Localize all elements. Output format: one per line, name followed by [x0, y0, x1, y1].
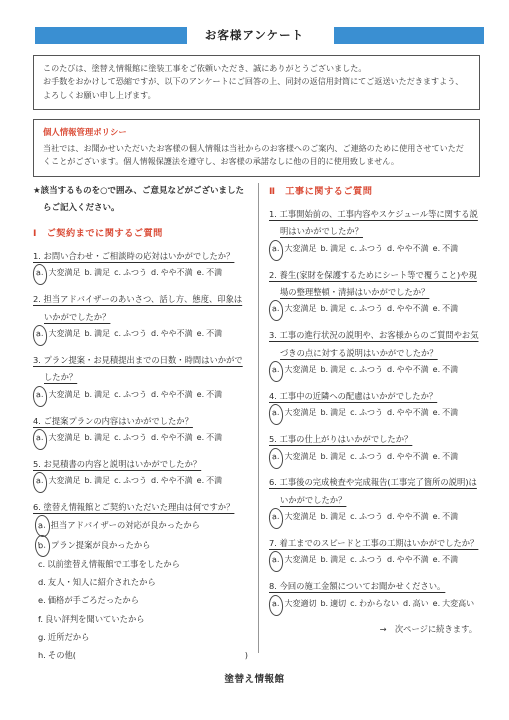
option-key: c.	[114, 390, 121, 399]
question-block: 1. 工事開始前の、工事内容やスケジュール等に関する説明はいかがでしたか？a.大…	[269, 206, 483, 259]
option-label: ふつう	[359, 555, 383, 564]
intro-line-1: このたびは、塗替え情報館に塗装工事をご依頼いただき、誠にありがとうございました。	[43, 62, 470, 75]
option-key: g.	[38, 632, 46, 642]
right-column: Ⅱ 工事に関するご質問 1. 工事開始前の、工事内容やスケジュール等に関する説明…	[258, 183, 483, 672]
option-label: 大変満足	[284, 365, 316, 374]
option-label: 満足	[94, 433, 110, 442]
answer-option: a.大変満足	[272, 552, 316, 570]
option-label: ふつう	[359, 365, 383, 374]
option-label: 不満	[442, 512, 458, 521]
answer-option: e.不満	[197, 473, 222, 490]
option-label: 不満	[206, 476, 222, 485]
option-key: f.	[38, 614, 43, 624]
question-block: 2. 担当アドバイザーのあいさつ、話し方、態度、印象はいかがでしたか？a.大変満…	[33, 291, 248, 344]
question-title: 6. 塗替え情報館とご契約いただいた理由は何ですか？	[33, 499, 248, 516]
option-label: 満足	[94, 476, 110, 485]
option-row: a.大変満足b.満足c.ふつうd.やや不満e.不満	[269, 362, 483, 380]
option-label: 不満	[206, 433, 222, 442]
option-tail: )	[245, 646, 248, 664]
option-key: b.	[84, 476, 92, 485]
option-label: 満足	[330, 244, 346, 253]
answer-option: a.大変満足	[272, 301, 316, 319]
option-label: 大変満足	[48, 433, 80, 442]
instruction-note: ★該当するものを○で囲み、ご意見などがございましたらご記入ください。	[33, 183, 248, 217]
answer-option: e.価格が手ごろだったから	[38, 591, 248, 609]
answer-option: b.満足	[320, 405, 346, 422]
intro-line-2: お手数をおかけして恐縮ですが、以下のアンケートにご回答の上、同封の返信用封筒にて…	[43, 75, 470, 102]
question-block: 1. お問い合わせ・ご相談時の応対はいかがでしたか？a.大変満足b.満足c.ふつ…	[33, 248, 248, 283]
answer-option: f.良い評判を聞いていたから	[38, 610, 248, 628]
option-key: b.	[320, 452, 328, 461]
option-row: a.大変満足b.満足c.ふつうd.やや不満e.不満	[269, 241, 483, 259]
option-key: d.	[387, 304, 395, 313]
option-key: c.	[350, 365, 357, 374]
answer-option: b.満足	[320, 241, 346, 258]
footer-brand: 塗替え情報館	[0, 671, 509, 685]
option-label: わからない	[359, 599, 399, 608]
option-label: やや不満	[161, 268, 193, 277]
answer-option: e.不満	[433, 449, 458, 466]
option-row: a.大変満足b.満足c.ふつうd.やや不満e.不満	[33, 265, 248, 283]
option-label: ふつう	[123, 268, 147, 277]
option-key: c.	[350, 304, 357, 313]
answer-option: b.満足	[320, 449, 346, 466]
answer-option: c.ふつう	[114, 265, 147, 282]
option-label: 大変満足	[48, 268, 80, 277]
option-label: 満足	[330, 304, 346, 313]
option-key: c.	[350, 555, 357, 564]
option-key: b.	[320, 365, 328, 374]
option-key: d.	[387, 244, 395, 253]
option-label: 大変満足	[284, 408, 316, 417]
answer-option: c.ふつう	[114, 473, 147, 490]
option-row: a.大変満足b.満足c.ふつうd.やや不満e.不満	[33, 387, 248, 405]
answer-option: b.満足	[84, 430, 110, 447]
answer-option: e.不満	[197, 387, 222, 404]
option-key: b.	[320, 244, 328, 253]
answer-option: c.ふつう	[350, 241, 383, 258]
option-label: 担当アドバイザーの対応が良かったから	[51, 520, 200, 530]
continue-note: → 次ページに続きます。	[269, 623, 483, 635]
option-list: a.担当アドバイザーの対応が良かったからb.プラン提案が良かったからc.以前塗替…	[33, 516, 248, 664]
question-block: 2. 養生(家財を保護するためにシート等で覆うこと)や現場の整理整頓・清掃はいか…	[269, 267, 483, 320]
answer-option: b.満足	[320, 509, 346, 526]
option-row: a.大変満足b.満足c.ふつうd.やや不満e.不満	[33, 326, 248, 344]
option-label: やや不満	[397, 244, 429, 253]
option-label: 不満	[206, 268, 222, 277]
answer-option: d.やや不満	[151, 265, 193, 282]
option-key: c.	[350, 244, 357, 253]
answer-option: d.やや不満	[151, 326, 193, 343]
question-title: 5. お見積書の内容と説明はいかがでしたか？	[33, 456, 248, 473]
option-key: e.	[433, 555, 440, 564]
option-key: e.	[433, 304, 440, 313]
option-label: ふつう	[359, 512, 383, 521]
header-accent-bar-right	[334, 27, 484, 44]
answer-option: e.不満	[433, 509, 458, 526]
option-label: ふつう	[123, 329, 147, 338]
answer-option: e.不満	[197, 326, 222, 343]
option-label: ふつう	[123, 433, 147, 442]
option-label: 近所だから	[48, 632, 90, 642]
answer-option: b.満足	[84, 265, 110, 282]
question-block: 4. ご提案プランの内容はいかがでしたか？a.大変満足b.満足c.ふつうd.やや…	[33, 413, 248, 448]
option-label: やや不満	[397, 304, 429, 313]
option-label: プラン提案が良かったから	[51, 540, 151, 550]
option-key: e.	[38, 595, 46, 605]
option-key: e.	[433, 408, 440, 417]
option-key: d.	[151, 329, 159, 338]
question-block: 5. 工事の仕上がりはいかがでしたか？a.大変満足b.満足c.ふつうd.やや不満…	[269, 431, 483, 466]
privacy-policy-heading: 個人情報管理ポリシー	[43, 126, 470, 140]
answer-option: d.高い	[403, 596, 429, 613]
option-label: 大変満足	[284, 244, 316, 253]
question-title: 4. 工事中の近隣への配慮はいかがでしたか？	[269, 388, 483, 405]
answer-option: a.大変満足	[272, 509, 316, 527]
answer-option: c.ふつう	[350, 301, 383, 318]
question-block: 6. 工事後の完成検査や完成報告(工事完了箇所の説明)はいかがでしたか？a.大変…	[269, 474, 483, 527]
option-key: d.	[387, 555, 395, 564]
option-key: e.	[197, 476, 204, 485]
section-1-questions: 1. お問い合わせ・ご相談時の応対はいかがでしたか？a.大変満足b.満足c.ふつ…	[33, 248, 248, 664]
option-key: d.	[151, 268, 159, 277]
option-label: 友人・知人に紹介されたから	[48, 577, 156, 587]
option-label: 大変高い	[442, 599, 474, 608]
option-label: やや不満	[397, 555, 429, 564]
answer-option: e.不満	[433, 405, 458, 422]
question-block: 5. お見積書の内容と説明はいかがでしたか？a.大変満足b.満足c.ふつうd.や…	[33, 456, 248, 491]
option-row: a.大変満足b.満足c.ふつうd.やや不満e.不満	[33, 430, 248, 448]
option-label: 大変満足	[284, 452, 316, 461]
option-row: a.大変満足b.満足c.ふつうd.やや不満e.不満	[33, 473, 248, 491]
question-title: 2. 養生(家財を保護するためにシート等で覆うこと)や現場の整理整頓・清掃はいか…	[269, 267, 483, 302]
option-label: やや不満	[397, 365, 429, 374]
option-key: d.	[403, 599, 411, 608]
question-title: 8. 今回の施工金額についてお聞かせください。	[269, 578, 483, 595]
option-label: やや不満	[397, 408, 429, 417]
answer-option: b.満足	[84, 326, 110, 343]
question-block: 3. プラン提案・お見積提出までの日数・時間はいかがでしたか？a.大変満足b.満…	[33, 352, 248, 405]
option-label: 満足	[330, 512, 346, 521]
question-title: 1. お問い合わせ・ご相談時の応対はいかがでしたか？	[33, 248, 248, 265]
option-label: 不満	[442, 365, 458, 374]
option-label: 満足	[94, 390, 110, 399]
option-label: 大変満足	[284, 304, 316, 313]
answer-option: d.やや不満	[387, 449, 429, 466]
answer-option: d.友人・知人に紹介されたから	[38, 573, 248, 591]
option-label: 大変満足	[284, 512, 316, 521]
option-key: e.	[433, 244, 440, 253]
option-label: 大変満足	[284, 555, 316, 564]
answer-option: c.ふつう	[114, 326, 147, 343]
option-row: a.大変満足b.満足c.ふつうd.やや不満e.不満	[269, 552, 483, 570]
option-label: ふつう	[123, 390, 147, 399]
option-label: ふつう	[359, 304, 383, 313]
section-1-heading: Ⅰ ご契約までに関するご質問	[33, 225, 248, 239]
answer-option: d.やや不満	[387, 241, 429, 258]
option-key: d.	[387, 452, 395, 461]
answer-option: d.やや不満	[387, 552, 429, 569]
option-key: c.	[350, 599, 357, 608]
option-label: やや不満	[161, 329, 193, 338]
answer-option: b.満足	[320, 362, 346, 379]
circled-answer-mark: a.	[268, 300, 284, 322]
option-label: 大変満足	[48, 390, 80, 399]
option-label: 満足	[94, 329, 110, 338]
option-label: ふつう	[123, 476, 147, 485]
survey-page: お客様アンケート このたびは、塗替え情報館に塗装工事をご依頼いただき、誠にありが…	[0, 0, 509, 720]
option-key: e.	[197, 433, 204, 442]
option-label: 満足	[330, 452, 346, 461]
answer-option: b.満足	[84, 473, 110, 490]
circled-answer-mark: a.	[268, 404, 284, 426]
question-title: 7. 着工までのスピードと工事の工期はいかがでしたか？	[269, 535, 483, 552]
option-label: 適切	[330, 599, 346, 608]
circled-answer-mark: a.	[32, 472, 48, 494]
question-block: 8. 今回の施工金額についてお聞かせください。a.大変適切b.適切c.わからない…	[269, 578, 483, 613]
option-key: d.	[151, 433, 159, 442]
circled-answer-mark: a.	[32, 385, 48, 407]
answer-option: b.適切	[320, 596, 346, 613]
question-block: 7. 着工までのスピードと工事の工期はいかがでしたか？a.大変満足b.満足c.ふ…	[269, 535, 483, 570]
answer-option: d.やや不満	[151, 387, 193, 404]
answer-option: c.ふつう	[114, 430, 147, 447]
option-key: e.	[433, 452, 440, 461]
circled-answer-mark: b.	[34, 534, 51, 557]
option-key: c.	[350, 452, 357, 461]
option-label: 満足	[330, 365, 346, 374]
option-key: c.	[114, 268, 121, 277]
answer-option: b.満足	[320, 552, 346, 569]
question-title: 1. 工事開始前の、工事内容やスケジュール等に関する説明はいかがでしたか？	[269, 206, 483, 241]
option-label: 大変適切	[284, 599, 316, 608]
option-label: 不満	[442, 408, 458, 417]
answer-option: e.不満	[197, 265, 222, 282]
option-key: b.	[320, 512, 328, 521]
option-row: a.大変満足b.満足c.ふつうd.やや不満e.不満	[269, 301, 483, 319]
option-label: ふつう	[359, 452, 383, 461]
option-row: a.大変満足b.満足c.ふつうd.やや不満e.不満	[269, 405, 483, 423]
option-key: c.	[350, 512, 357, 521]
answer-option: a.担当アドバイザーの対応が良かったから	[38, 516, 248, 535]
option-key: e.	[197, 329, 204, 338]
answer-option: e.不満	[433, 552, 458, 569]
question-title: 6. 工事後の完成検査や完成報告(工事完了箇所の説明)はいかがでしたか？	[269, 474, 483, 509]
option-key: e.	[197, 268, 204, 277]
option-key: c.	[38, 559, 45, 569]
option-label: その他(	[48, 646, 76, 664]
option-label: 不満	[442, 452, 458, 461]
answer-option: e.不満	[433, 362, 458, 379]
option-key: b.	[320, 555, 328, 564]
option-key: b.	[84, 390, 92, 399]
answer-option: c.ふつう	[350, 509, 383, 526]
circled-answer-mark: a.	[268, 551, 284, 573]
option-row: a.大変満足b.満足c.ふつうd.やや不満e.不満	[269, 449, 483, 467]
option-label: 満足	[330, 555, 346, 564]
circled-answer-mark: a.	[268, 361, 284, 383]
option-key: b.	[84, 433, 92, 442]
answer-option: c.以前塗替え情報館で工事をしたから	[38, 555, 248, 573]
option-label: やや不満	[161, 390, 193, 399]
question-title: 3. 工事の進行状況の説明や、お客様からのご質問やお気づきの点に対する説明はいか…	[269, 327, 483, 362]
question-block: 3. 工事の進行状況の説明や、お客様からのご質問やお気づきの点に対する説明はいか…	[269, 327, 483, 380]
answer-option: c.わからない	[350, 596, 399, 613]
answer-option: d.やや不満	[387, 509, 429, 526]
answer-option: c.ふつう	[114, 387, 147, 404]
option-key: b.	[84, 329, 92, 338]
answer-option: a.大変満足	[272, 241, 316, 259]
question-title: 3. プラン提案・お見積提出までの日数・時間はいかがでしたか？	[33, 352, 248, 387]
option-key: d.	[151, 476, 159, 485]
answer-option: a.大変満足	[36, 473, 80, 491]
option-label: 満足	[94, 268, 110, 277]
option-key: b.	[320, 599, 328, 608]
answer-option: a.大変満足	[272, 449, 316, 467]
answer-option: e.不満	[433, 301, 458, 318]
option-key: b.	[320, 304, 328, 313]
answer-option: a.大変満足	[272, 362, 316, 380]
answer-option: d.やや不満	[387, 301, 429, 318]
answer-option: a.大変満足	[36, 265, 80, 283]
option-key: d.	[38, 577, 46, 587]
answer-option: h.その他()	[38, 646, 248, 664]
intro-box: このたびは、塗替え情報館に塗装工事をご依頼いただき、誠にありがとうございました。…	[33, 55, 480, 110]
option-label: ふつう	[359, 408, 383, 417]
answer-option: g.近所だから	[38, 628, 248, 646]
option-label: 大変満足	[48, 476, 80, 485]
option-label: 不満	[442, 304, 458, 313]
option-key: e.	[433, 512, 440, 521]
option-label: 不満	[206, 329, 222, 338]
option-label: やや不満	[397, 452, 429, 461]
circled-answer-mark: a.	[268, 594, 284, 616]
circled-answer-mark: a.	[32, 324, 48, 346]
option-row: a.大変適切b.適切c.わからないd.高いe.大変高い	[269, 596, 483, 614]
question-title: 4. ご提案プランの内容はいかがでしたか？	[33, 413, 248, 430]
questionnaire-body: ★該当するものを○で囲み、ご意見などがございましたらご記入ください。 Ⅰ ご契約…	[33, 183, 483, 672]
answer-option: a.大変満足	[272, 405, 316, 423]
circled-answer-mark: a.	[268, 508, 284, 530]
option-label: 不満	[206, 390, 222, 399]
option-key: c.	[114, 329, 121, 338]
option-label: 不満	[442, 244, 458, 253]
question-title: 2. 担当アドバイザーのあいさつ、話し方、態度、印象はいかがでしたか？	[33, 291, 248, 326]
option-label: 以前塗替え情報館で工事をしたから	[47, 559, 180, 569]
section-2-questions: 1. 工事開始前の、工事内容やスケジュール等に関する説明はいかがでしたか？a.大…	[269, 206, 483, 613]
answer-option: d.やや不満	[151, 473, 193, 490]
option-label: 価格が手ごろだったから	[48, 595, 139, 605]
answer-option: e.大変高い	[433, 596, 474, 613]
answer-option: c.ふつう	[350, 362, 383, 379]
answer-option: a.大変適切	[272, 596, 316, 614]
answer-option: b.満足	[84, 387, 110, 404]
question-title: 5. 工事の仕上がりはいかがでしたか？	[269, 431, 483, 448]
option-key: d.	[151, 390, 159, 399]
option-label: 不満	[442, 555, 458, 564]
option-label: 大変満足	[48, 329, 80, 338]
option-key: b.	[320, 408, 328, 417]
option-label: やや不満	[397, 512, 429, 521]
answer-option: c.ふつう	[350, 405, 383, 422]
answer-option: c.ふつう	[350, 552, 383, 569]
option-key: b.	[84, 268, 92, 277]
privacy-policy-body: 当社では、お聞かせいただいたお客様の個人情報は当社からのお客様へのご案内、ご連絡…	[43, 142, 470, 169]
question-block: 6. 塗替え情報館とご契約いただいた理由は何ですか？a.担当アドバイザーの対応が…	[33, 499, 248, 664]
answer-option: e.不満	[197, 430, 222, 447]
option-label: 良い評判を聞いていたから	[45, 614, 145, 624]
option-key: c.	[350, 408, 357, 417]
answer-option: d.やや不満	[387, 362, 429, 379]
option-label: 高い	[413, 599, 429, 608]
option-key: d.	[387, 408, 395, 417]
answer-option: b.満足	[320, 301, 346, 318]
option-key: d.	[387, 512, 395, 521]
circled-answer-mark: a.	[268, 239, 284, 261]
question-block: 4. 工事中の近隣への配慮はいかがでしたか？a.大変満足b.満足c.ふつうd.や…	[269, 388, 483, 423]
option-label: 満足	[330, 408, 346, 417]
answer-option: c.ふつう	[350, 449, 383, 466]
circled-answer-mark: a.	[268, 447, 284, 469]
option-label: やや不満	[161, 476, 193, 485]
option-label: やや不満	[161, 433, 193, 442]
section-2-heading: Ⅱ 工事に関するご質問	[269, 183, 483, 197]
option-key: e.	[433, 365, 440, 374]
option-label: ふつう	[359, 244, 383, 253]
option-key: e.	[197, 390, 204, 399]
option-key: e.	[433, 599, 440, 608]
answer-option: b.プラン提案が良かったから	[38, 536, 248, 555]
answer-option: d.やや不満	[387, 405, 429, 422]
left-column: ★該当するものを○で囲み、ご意見などがございましたらご記入ください。 Ⅰ ご契約…	[33, 183, 258, 672]
option-key: c.	[114, 433, 121, 442]
answer-option: d.やや不満	[151, 430, 193, 447]
answer-option: e.不満	[433, 241, 458, 258]
circled-answer-mark: a.	[32, 428, 48, 450]
answer-option: a.大変満足	[36, 326, 80, 344]
option-row: a.大変満足b.満足c.ふつうd.やや不満e.不満	[269, 509, 483, 527]
option-key: d.	[387, 365, 395, 374]
answer-option: a.大変満足	[36, 430, 80, 448]
option-key: c.	[114, 476, 121, 485]
option-key: h.	[38, 646, 46, 664]
circled-answer-mark: a.	[32, 264, 48, 286]
answer-option: a.大変満足	[36, 387, 80, 405]
privacy-policy-box: 個人情報管理ポリシー 当社では、お聞かせいただいたお客様の個人情報は当社からのお…	[33, 119, 480, 177]
